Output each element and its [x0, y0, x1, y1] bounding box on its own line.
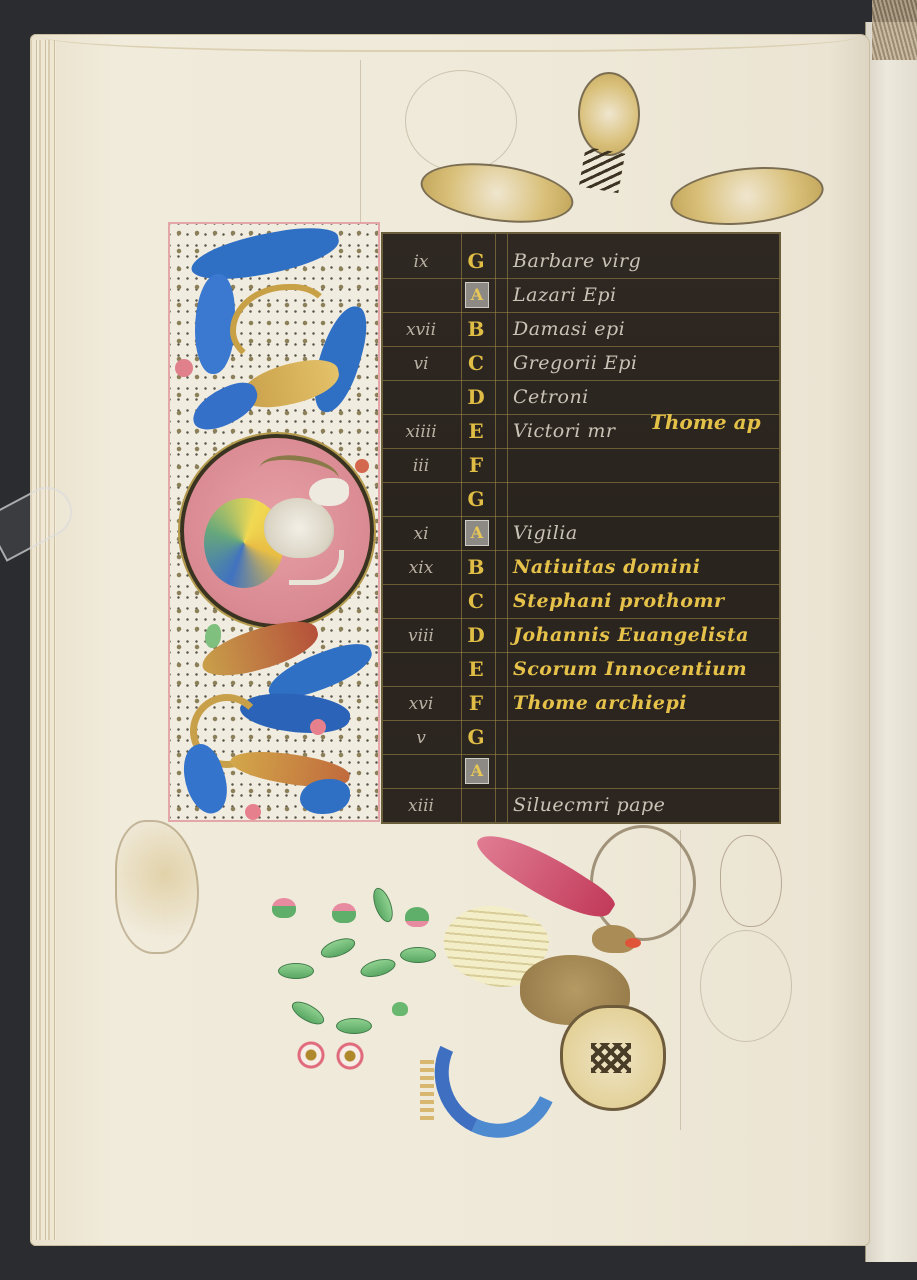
saint-name: Silueстri pape [513, 794, 665, 816]
dominical-letter-boxed: A [465, 520, 489, 546]
calendar-row: iii F [383, 448, 779, 483]
golden-number: ix [391, 252, 451, 272]
golden-number: xix [391, 558, 451, 578]
saint-name: Damasi epi [513, 318, 625, 340]
saint-name-feast: Natiuitas domini [513, 556, 700, 578]
goat-legs [289, 550, 344, 585]
calendar-row: xvi F Thome archiepi [383, 686, 779, 721]
berry [310, 719, 326, 735]
golden-number: viii [391, 626, 451, 646]
sketch-circle [405, 70, 517, 172]
dominical-letter: E [461, 419, 491, 443]
golden-number: vi [391, 354, 451, 374]
ruling-line [360, 60, 361, 230]
dominical-letter: B [461, 555, 491, 579]
calendar-row: A [383, 754, 779, 789]
page-edges [872, 0, 917, 60]
fore-edge [865, 22, 917, 1262]
berry [355, 459, 369, 473]
dominical-letter: C [461, 351, 491, 375]
calendar-row: xi A Vigilia [383, 516, 779, 551]
saint-name: Victori mr [513, 420, 615, 442]
golden-number: xiii [391, 796, 451, 816]
saint-name: Lazari Epi [513, 284, 617, 306]
calendar-row: A Lazari Epi [383, 278, 779, 313]
illuminated-border [168, 222, 380, 822]
calendar-row: ix G Barbare virg [383, 244, 779, 279]
calendar-row: xiii Silueстri pape [383, 788, 779, 822]
dominical-letter: E [461, 657, 491, 681]
page-stack-edges [30, 40, 56, 1240]
golden-number: v [391, 728, 451, 748]
dominical-letter: D [461, 623, 491, 647]
calendar-row: xvii B Damasi epi [383, 312, 779, 347]
dominical-letter-boxed: A [465, 282, 489, 308]
calendar-table: ix G Barbare virg A Lazari Epi xvii B Da… [381, 232, 781, 824]
dominical-letter-boxed: A [465, 758, 489, 784]
thistle [272, 898, 296, 918]
dominical-letter: G [461, 725, 491, 749]
leaf [278, 963, 314, 979]
calendar-row: xix B Natiuitas domini [383, 550, 779, 585]
capricorn-medallion [180, 434, 374, 628]
saint-name-feast: Stephani prothomr [513, 590, 725, 612]
golden-number: iii [391, 456, 451, 476]
dominical-letter: F [461, 453, 491, 477]
bud [392, 1002, 408, 1016]
goat-head [309, 478, 349, 506]
saint-name: Vigilia [513, 522, 578, 544]
interlace-knot [560, 1005, 666, 1111]
calendar-row: G [383, 482, 779, 517]
brown-scroll [590, 825, 696, 941]
flower [175, 359, 193, 377]
gold-leaf-top [578, 72, 640, 156]
golden-number: xiiii [391, 422, 451, 442]
overflow-saint-entry: Thome ap [650, 410, 761, 434]
golden-number: xi [391, 524, 451, 544]
calendar-row: viii D Johannis Euangelista [383, 618, 779, 653]
dominical-letter: G [461, 487, 491, 511]
dominical-letter: B [461, 317, 491, 341]
calendar-row: vi C Gregorii Epi [383, 346, 779, 381]
saint-name-feast: Johannis Euangelista [513, 624, 749, 646]
head-sketch [720, 835, 782, 927]
thistle [332, 903, 356, 923]
berry [245, 804, 261, 820]
daisy [332, 1038, 368, 1074]
bud [405, 907, 429, 927]
saint-name-feast: Thome archiepi [513, 692, 687, 714]
knot-icon [579, 147, 625, 193]
golden-number: xvii [391, 320, 451, 340]
saint-name: Cetroni [513, 386, 589, 408]
saint-name-feast: Scorum Innocentium [513, 658, 747, 680]
leaf [336, 1018, 372, 1034]
gold-seed-spray [420, 1060, 434, 1120]
saint-name: Gregorii Epi [513, 352, 638, 374]
dominical-letter: D [461, 385, 491, 409]
sketch-circle [700, 930, 792, 1042]
dominical-letter: G [461, 249, 491, 273]
dominical-letter: C [461, 589, 491, 613]
leaf [400, 947, 436, 963]
calendar-row: E Scorum Innocentium [383, 652, 779, 687]
dragon-mouth [625, 938, 641, 948]
goat-body [264, 498, 334, 558]
dominical-letter: F [461, 691, 491, 715]
calendar-row: C Stephani prothomr [383, 584, 779, 619]
saint-name: Barbare virg [513, 250, 641, 272]
daisy [296, 1040, 326, 1070]
golden-number: xvi [391, 694, 451, 714]
calendar-row: v G [383, 720, 779, 755]
